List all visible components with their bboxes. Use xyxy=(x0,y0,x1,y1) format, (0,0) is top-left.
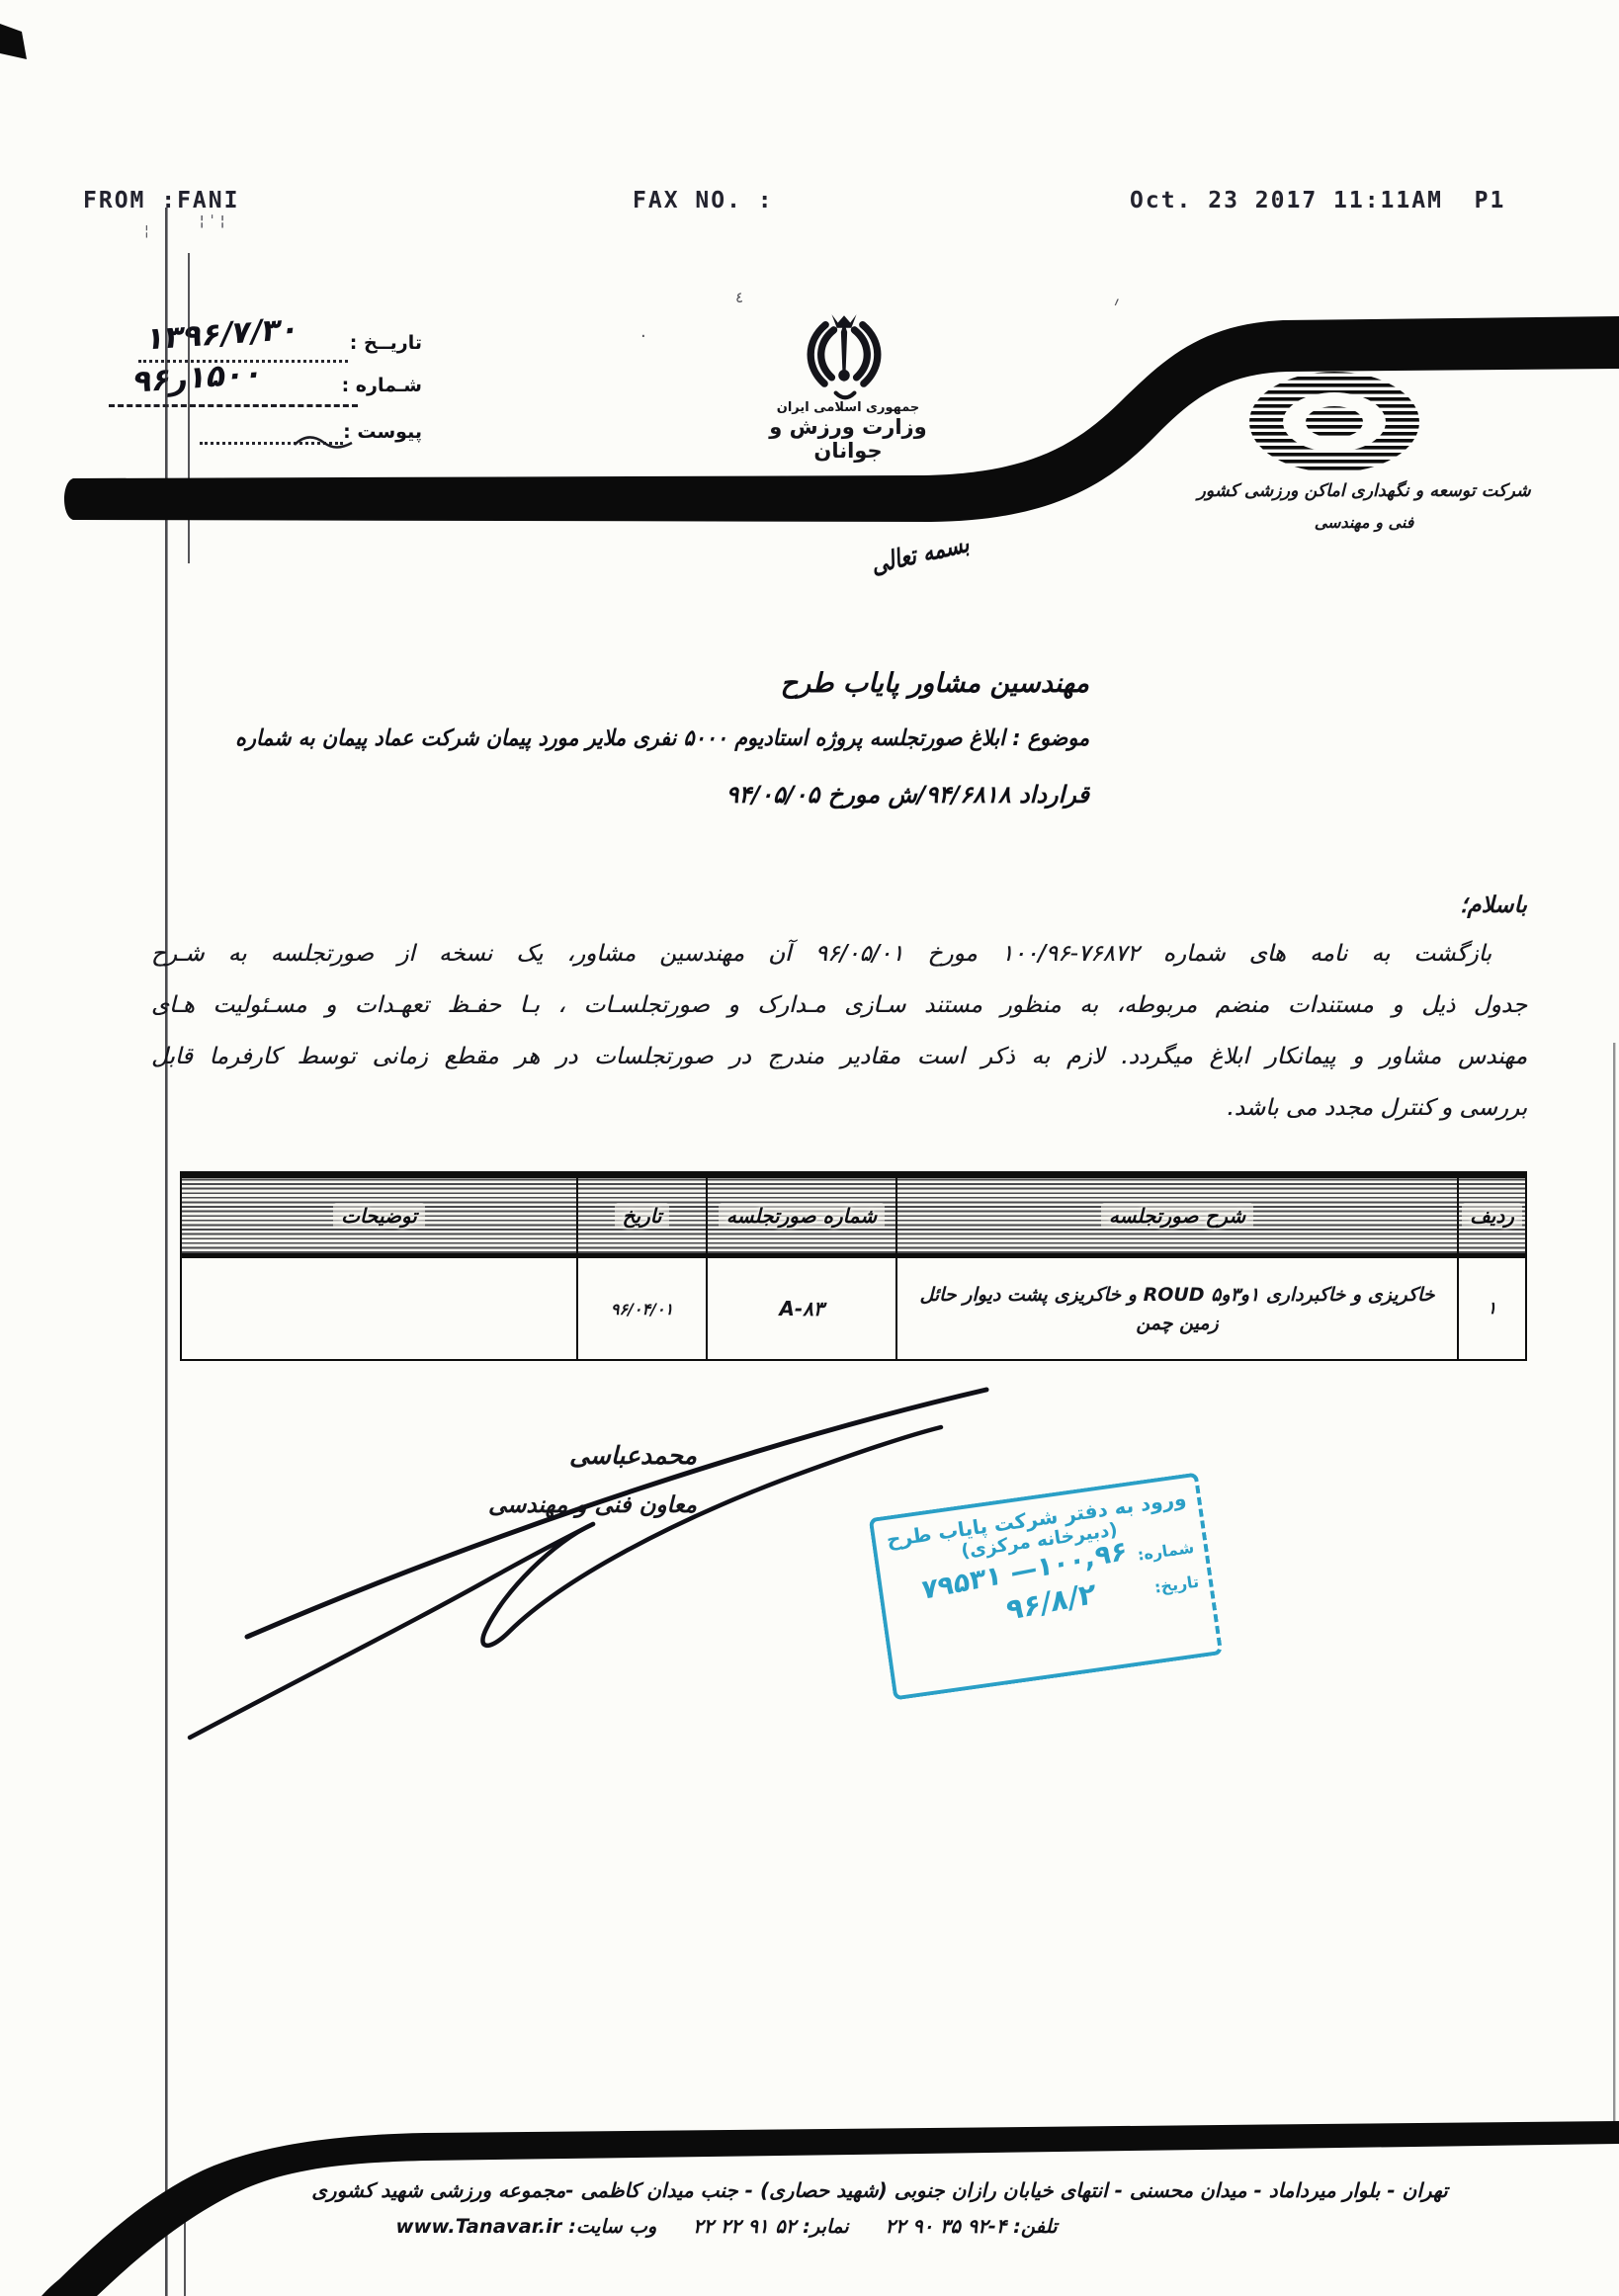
col-header-row-index: ردیف xyxy=(1458,1175,1526,1256)
table-row: ۱ خاکریزی و خاکبرداری ۱و۳و۵ ROUD و خاکری… xyxy=(181,1256,1526,1361)
left-vertical-rule xyxy=(165,208,168,2296)
footer-swoosh-band xyxy=(42,2121,1619,2296)
footer-website[interactable]: وب سایت: www.Tanavar.ir xyxy=(395,2215,656,2238)
corner-scan-mark xyxy=(0,24,27,59)
body-line-2: جدول ذیل و مستندات منضم مربوطه، به منظور… xyxy=(151,990,1527,1020)
col-header-description: شرح صورتجلسه xyxy=(896,1175,1458,1256)
description-line-1: خاکریزی و خاکبرداری ۱و۳و۵ ROUD و خاکریزی… xyxy=(898,1284,1456,1306)
company-name: شرکت توسعه و نگهداری اماکن ورزشی کشور xyxy=(1166,481,1562,501)
description-line-2: زمین چمن xyxy=(898,1313,1456,1334)
body-line-3: مهندس مشاور و پیمانکار ابلاغ میگردد. لاز… xyxy=(151,1042,1527,1071)
signer-title: معاون فنی و مهندسی xyxy=(488,1492,697,1518)
stamp-date-label: تاریخ: xyxy=(1153,1572,1200,1596)
footer-phone: تلفن: ۴-۹۲ ۳۵ ۹۰ ۲۲ xyxy=(886,2215,1058,2238)
company-logo-icon xyxy=(1247,370,1421,474)
cell-description: خاکریزی و خاکبرداری ۱و۳و۵ ROUD و خاکریزی… xyxy=(896,1256,1458,1361)
right-edge-rule xyxy=(1613,1043,1615,2130)
body-line-1: بازگشت به نامه های شماره ۷۶۸۷۲-۱۰۰/۹۶ مو… xyxy=(151,939,1527,969)
col-header-date: تاریخ xyxy=(577,1175,707,1256)
cell-date: ۹۶/۰۴/۰۱ xyxy=(577,1256,707,1361)
salutation: باسلام؛ xyxy=(1460,893,1527,918)
footer-fax: نمابر: ۵۲ ۹۱ ۲۲ ۲۲ xyxy=(693,2215,849,2238)
signer-name: محمدعباسی xyxy=(569,1441,697,1470)
stamp-number-label: شماره: xyxy=(1137,1538,1196,1565)
cell-notes xyxy=(181,1256,577,1361)
subject-line: موضوع : ابلاغ صورتجلسه پروژه استادیوم ۵۰… xyxy=(235,725,1089,751)
iran-emblem-icon xyxy=(789,310,899,403)
minutes-table: ردیف شرح صورتجلسه شماره صورتجلسه تاریخ ت… xyxy=(180,1171,1527,1361)
company-subtitle: فنی و مهندسی xyxy=(1166,513,1562,532)
recipient-line: مهندسین مشاور پایاب طرح xyxy=(781,668,1089,699)
fax-document-page: FROM :FANI FAX NO. : Oct. 23 2017 11:11A… xyxy=(0,0,1619,2296)
cell-minutes-number: A-۸۳ xyxy=(707,1256,896,1361)
footer-address: تهران - بلوار میرداماد - میدان محسنی - ا… xyxy=(168,2178,1591,2202)
col-header-notes: توضیحات xyxy=(181,1175,577,1256)
ministry-title: وزارت ورزش و جوانان xyxy=(733,415,963,463)
attachment-scribble xyxy=(295,437,352,447)
body-line-4: بررسی و کنترل مجدد می باشد. xyxy=(1227,1093,1527,1123)
table-header-row: ردیف شرح صورتجلسه شماره صورتجلسه تاریخ ت… xyxy=(181,1175,1526,1256)
republic-title: جمهوری اسلامی ایران xyxy=(743,400,953,415)
cell-row-index: ۱ xyxy=(1458,1256,1526,1361)
contract-line: قرارداد ۹۴/۶۸۱۸/ش مورخ ۹۴/۰۵/۰۵ xyxy=(726,781,1089,808)
footer-contact-line: تلفن: ۴-۹۲ ۳۵ ۹۰ ۲۲ نمابر: ۵۲ ۹۱ ۲۲ ۲۲ و… xyxy=(109,2215,1344,2238)
col-header-minutes-number: شماره صورتجلسه xyxy=(707,1175,896,1256)
